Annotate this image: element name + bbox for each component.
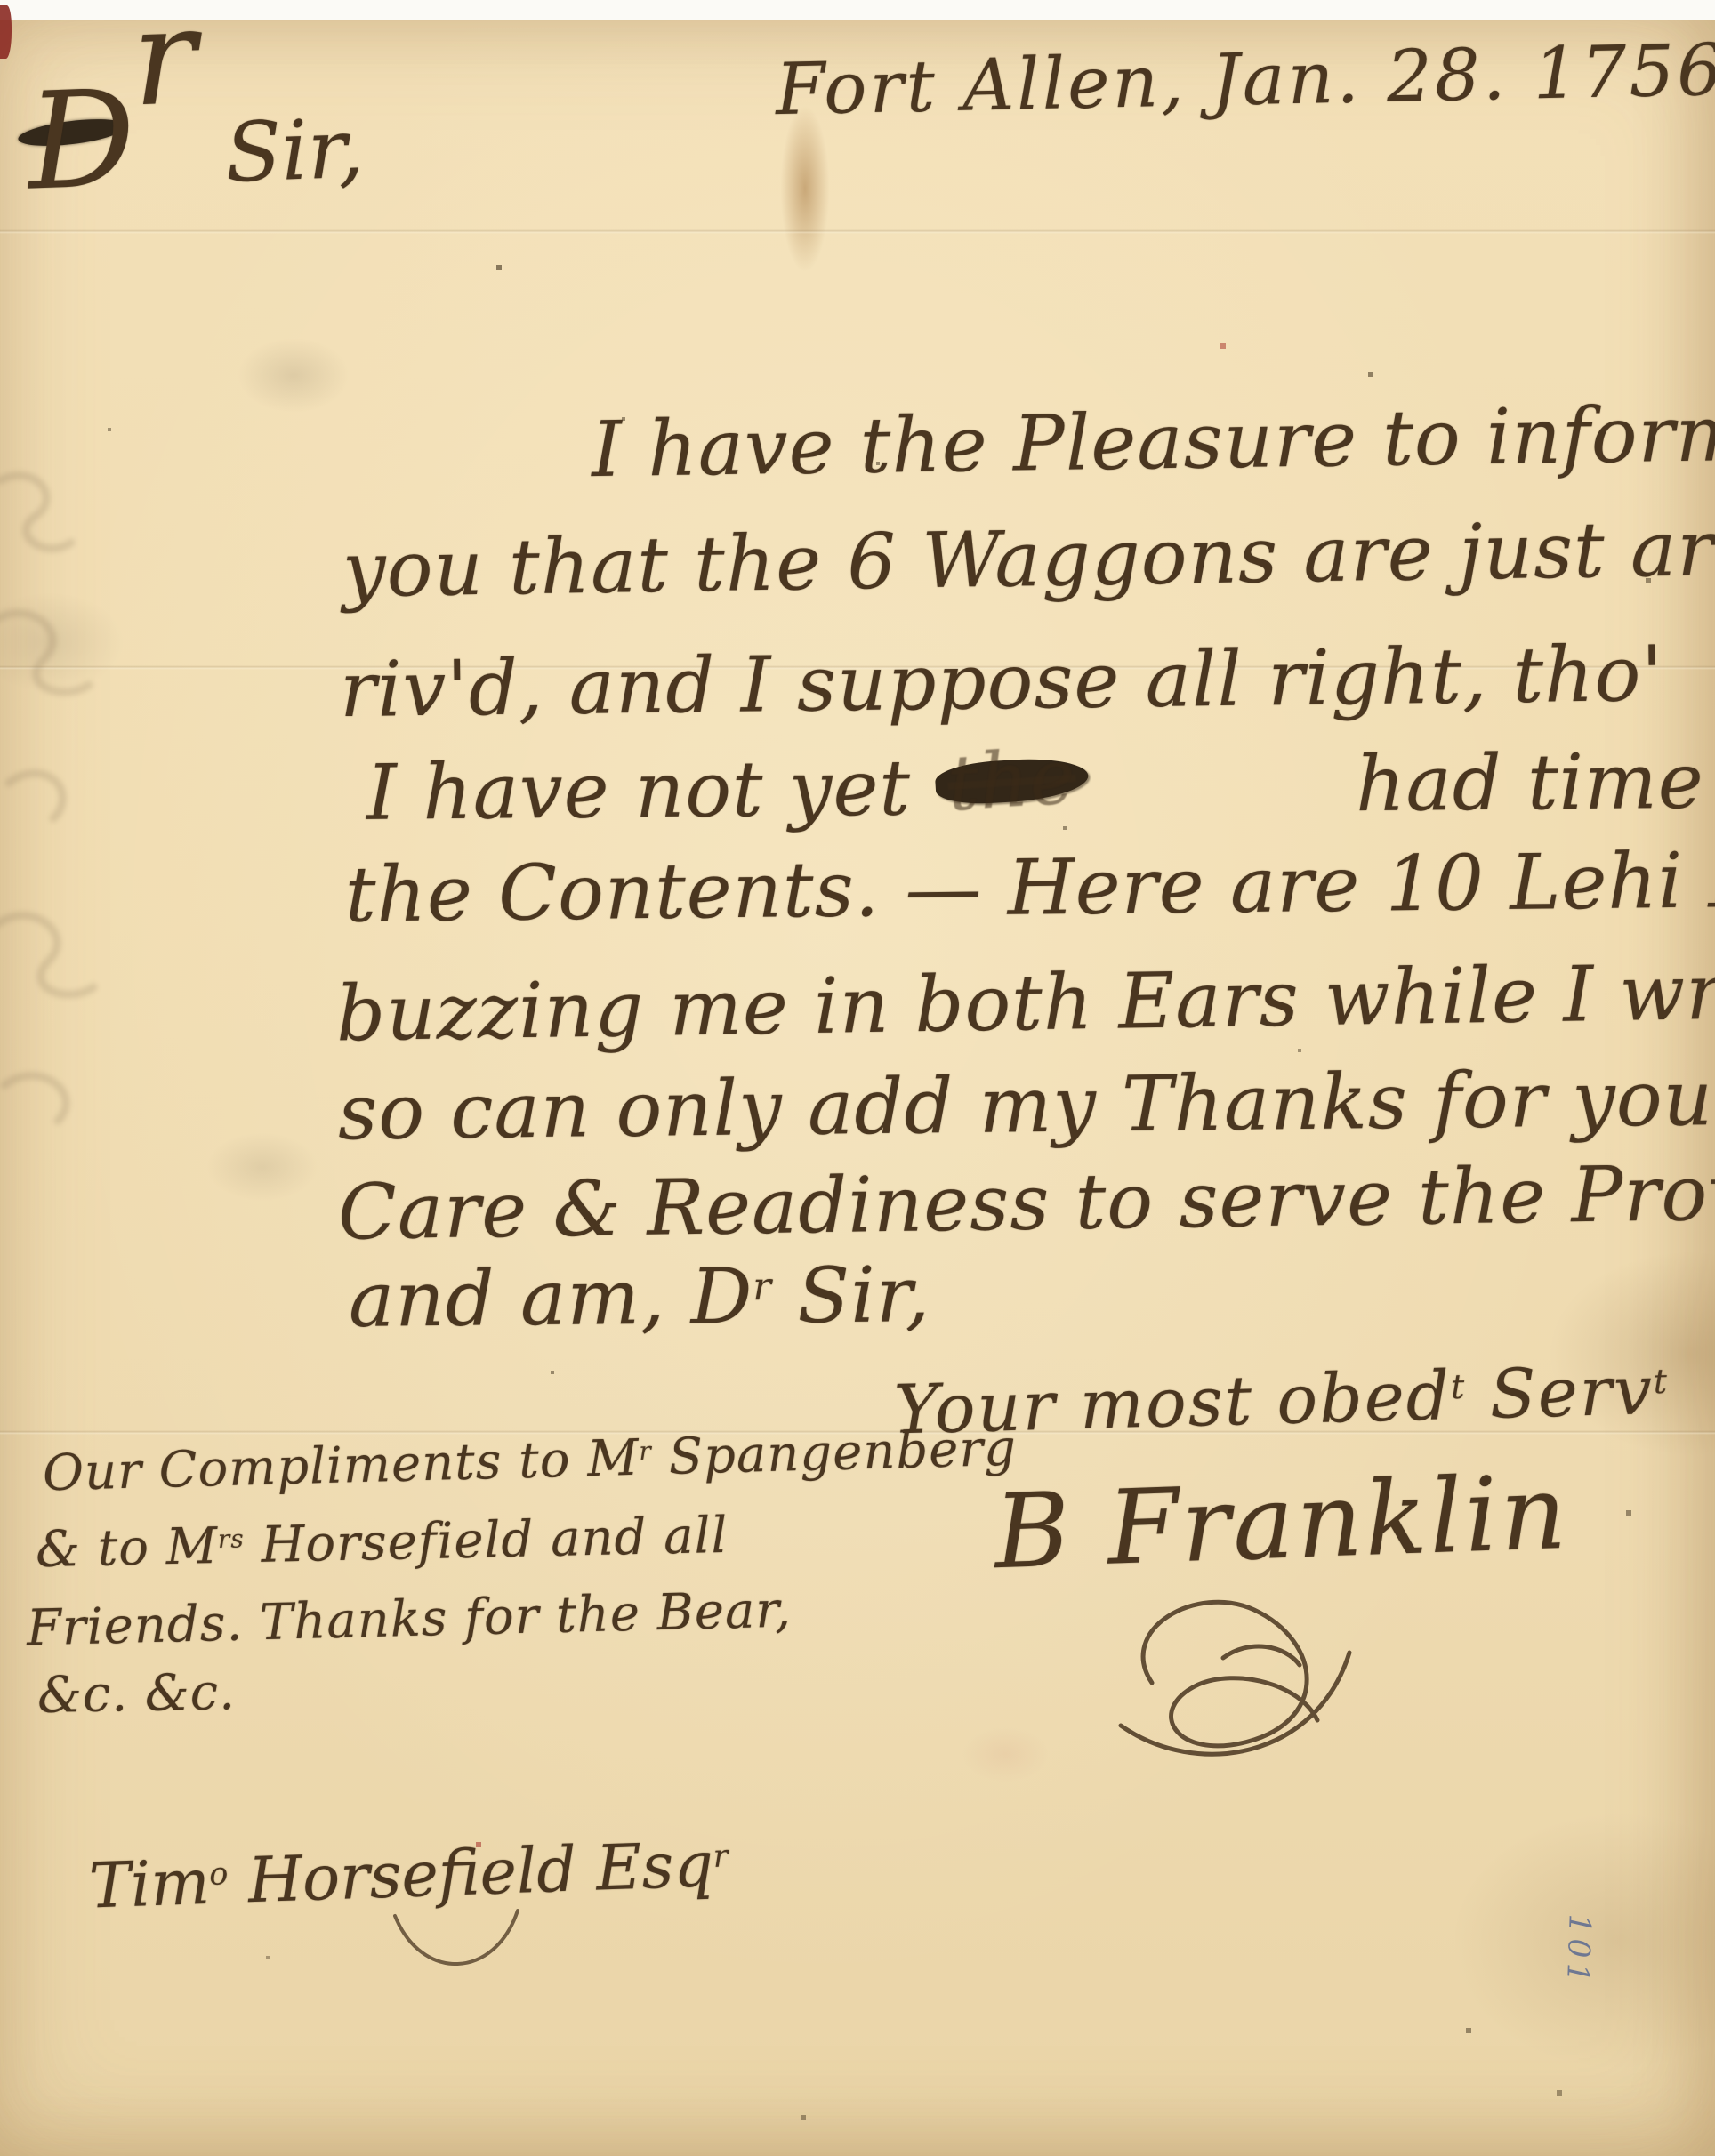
postscript-2-part1: & to M (35, 1517, 218, 1579)
letter-scan: Dr Sir, Fort Allen, Jan. 28. 1756 I have… (0, 0, 1715, 2156)
body-line-9-before: and am, D (349, 1252, 753, 1345)
archival-number: 101 (1507, 1911, 1598, 1955)
postscript-line-4: &c. &c. (37, 1667, 237, 1723)
body-line-9-superscript: r (753, 1265, 772, 1309)
salutation-rest: Sir, (197, 101, 365, 201)
struck-out-word: the (934, 755, 1089, 807)
body-line-5: the Contents. — Here are 10 Lehi People (345, 838, 1715, 935)
closing-sup1: t (1450, 1367, 1466, 1406)
red-corner-mark (0, 5, 12, 59)
postscript-2-sup1: rs (218, 1524, 245, 1554)
dateline: Fort Allen, Jan. 28. 1756 (775, 33, 1715, 127)
postscript-1-part2: Spangenberg (651, 1420, 1018, 1487)
salutation-initial: D (26, 61, 138, 220)
postscript-1-sup1: r (639, 1436, 652, 1466)
signature-flourish (1090, 1576, 1365, 1781)
address-flourish (382, 1903, 534, 1988)
body-line-6: buzzing me in both Ears while I write, (335, 951, 1715, 1055)
body-line-4: I have not yet thehad time to examine (366, 737, 1715, 833)
body-line-7: so can only add my Thanks for your (338, 1058, 1715, 1154)
address-sup1: o (209, 1856, 229, 1893)
handwriting-gap (1089, 810, 1356, 813)
closing-part2: Serv (1465, 1350, 1655, 1434)
postscript-2-part2: Horsefield and all (244, 1507, 729, 1574)
salutation: Dr Sir, (23, 0, 366, 213)
body-line-9: and am, Dr Sir, (349, 1255, 931, 1340)
address-sup2: r (713, 1838, 729, 1875)
fold-crease (0, 229, 1715, 234)
ink-bleedthrough (0, 463, 169, 1156)
body-line-4-before: I have not yet (366, 744, 912, 837)
paper-specks (0, 0, 2, 2)
salutation-superscript: r (130, 0, 199, 136)
address-part1: Tim (88, 1846, 211, 1923)
body-line-9-after: Sir, (772, 1251, 931, 1341)
closing-sup2: t (1653, 1362, 1669, 1401)
body-line-2: you that the 6 Waggons are just ar- (342, 509, 1715, 611)
body-line-3: riv'd, and I suppose all right, tho' (340, 634, 1664, 730)
signature: B Franklin (993, 1460, 1571, 1587)
body-line-1: I have the Pleasure to inform (591, 394, 1715, 490)
body-line-4-after: had time to examine (1356, 733, 1715, 829)
body-line-8: Care & Readiness to serve the Province, (337, 1150, 1715, 1252)
